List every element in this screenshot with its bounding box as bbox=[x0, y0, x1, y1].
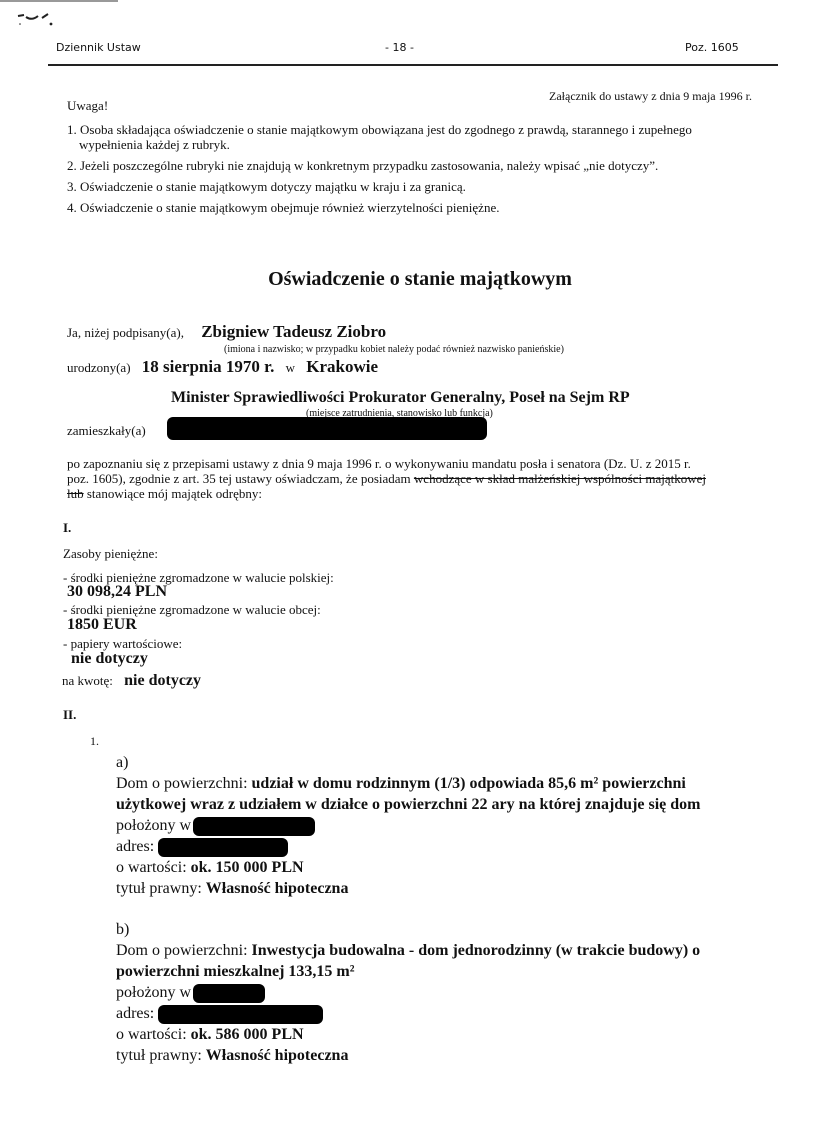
item-letter: a) bbox=[116, 752, 766, 773]
born-in-label: w bbox=[286, 360, 295, 375]
residence-label: zamieszkały(a) bbox=[67, 423, 146, 438]
notice-item: 2. Jeżeli poszczególne rubryki nie znajd… bbox=[67, 158, 782, 173]
pln-value: 30 098,24 PLN bbox=[67, 583, 167, 601]
property-item-a: a) Dom o powierzchni: udział w domu rodz… bbox=[116, 752, 766, 899]
name-hint: (imiona i nazwisko; w przypadku kobiet n… bbox=[224, 344, 564, 355]
document-page: Dziennik Ustaw - 18 - Poz. 1605 Załączni… bbox=[0, 0, 840, 1121]
struck-text: wchodzące w skład małżeńskiej wspólności… bbox=[414, 471, 706, 486]
section-1-heading: I. bbox=[63, 520, 71, 536]
legal-title: Własność hipoteczna bbox=[206, 1047, 349, 1064]
location-redaction bbox=[193, 817, 315, 836]
property-value: ok. 586 000 PLN bbox=[191, 1026, 304, 1043]
foreign-value: 1850 EUR bbox=[67, 616, 137, 634]
declarant-name: Zbigniew Tadeusz Ziobro bbox=[201, 322, 386, 341]
declarant-row: Ja, niżej podpisany(a), Zbigniew Tadeusz… bbox=[67, 322, 386, 342]
born-place: Krakowie bbox=[306, 357, 378, 376]
residence-redaction bbox=[167, 417, 487, 440]
amount-label: na kwotę: bbox=[62, 673, 113, 688]
position-value: Minister Sprawiedliwości Prokurator Gene… bbox=[171, 389, 630, 407]
journal-name: Dziennik Ustaw bbox=[56, 41, 141, 54]
securities-value: nie dotyczy bbox=[71, 650, 148, 668]
page-number: - 18 - bbox=[385, 41, 414, 54]
birth-row: urodzony(a) 18 sierpnia 1970 r. w Krakow… bbox=[67, 357, 378, 377]
legal-title: Własność hipoteczna bbox=[206, 880, 349, 897]
amount-value: nie dotyczy bbox=[124, 672, 201, 689]
address-redaction bbox=[158, 838, 288, 857]
property-value: ok. 150 000 PLN bbox=[191, 859, 304, 876]
notice-item: 1. Osoba składająca oświadczenie o stani… bbox=[67, 122, 782, 152]
struck-text: lub bbox=[67, 486, 84, 501]
notice-item: 4. Oświadczenie o stanie majątkowym obej… bbox=[67, 200, 782, 215]
location-redaction bbox=[193, 984, 265, 1003]
section-2-heading: II. bbox=[63, 707, 76, 723]
residence-row: zamieszkały(a) bbox=[67, 423, 146, 439]
section-2-sub: 1. bbox=[90, 734, 99, 749]
born-date: 18 sierpnia 1970 r. bbox=[142, 357, 275, 376]
handwritten-mark-icon bbox=[14, 10, 74, 30]
statement-paragraph: po zapoznaniu się z przepisami ustawy z … bbox=[67, 456, 787, 501]
notice-label: Uwaga! bbox=[67, 98, 108, 114]
document-title: Oświadczenie o stanie majątkowym bbox=[0, 268, 840, 291]
notice-item: 3. Oświadczenie o stanie majątkowym doty… bbox=[67, 179, 782, 194]
position-number: Poz. 1605 bbox=[685, 41, 739, 54]
item-letter: b) bbox=[116, 919, 766, 940]
section-1-label: Zasoby pieniężne: bbox=[63, 546, 158, 562]
amount-row: na kwotę: nie dotyczy bbox=[62, 672, 201, 690]
scan-edge-line bbox=[0, 0, 118, 2]
declarant-label: Ja, niżej podpisany(a), bbox=[67, 325, 184, 340]
address-redaction bbox=[158, 1005, 323, 1024]
notice-list: 1. Osoba składająca oświadczenie o stani… bbox=[67, 122, 782, 221]
header-divider bbox=[48, 64, 778, 66]
born-label: urodzony(a) bbox=[67, 360, 131, 375]
property-item-b: b) Dom o powierzchni: Inwestycja budowal… bbox=[116, 919, 766, 1066]
annex-note: Załącznik do ustawy z dnia 9 maja 1996 r… bbox=[549, 89, 752, 104]
